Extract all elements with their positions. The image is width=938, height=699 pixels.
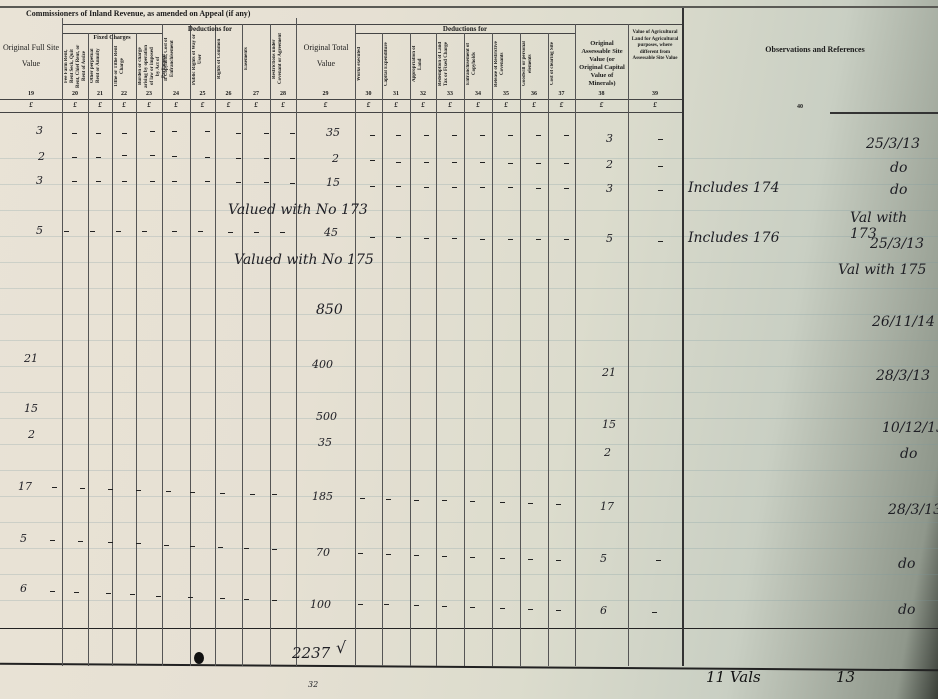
pound-sign: £ <box>215 101 242 109</box>
col-36-header: Goodwill or personal elements <box>522 40 546 88</box>
full-site-value: 21 <box>24 352 38 365</box>
col-num: 23 <box>136 91 162 97</box>
col-num: 20 <box>62 91 88 97</box>
full-site-value: 5 <box>36 224 43 237</box>
total-value: 850 <box>316 302 343 318</box>
col-40-header: Observations and References <box>760 42 870 57</box>
col-num: 40 <box>700 104 900 110</box>
pound-sign: £ <box>355 101 382 109</box>
assessable-site-value: 5 <box>600 552 607 565</box>
reference: do <box>900 446 917 462</box>
col-37-header: Cost of clearing Site <box>550 40 573 88</box>
col-24-header: If Copyhold, Cost of Enfranchisement <box>164 30 188 88</box>
pound-sign: £ <box>492 101 520 109</box>
col-num: 35 <box>492 91 520 97</box>
reference: do <box>898 602 915 618</box>
assessable-site-value: 5 <box>606 232 613 245</box>
reference: Val with 175 <box>838 262 926 278</box>
col-38-header: Original Assessable Site Value (or Origi… <box>578 40 626 88</box>
pound-sign: £ <box>88 101 112 109</box>
valued-with-note: Valued with No 175 <box>234 252 374 268</box>
col-35-header: Release of Restrictive Covenants <box>494 40 518 88</box>
total-value: 185 <box>312 490 333 503</box>
col-num: 22 <box>112 91 136 97</box>
col-32-header: Appropriation of Land <box>412 40 434 88</box>
assessable-site-value: 2 <box>604 446 611 459</box>
ledger-page: Commissioners of Inland Revenue, as amen… <box>0 0 938 699</box>
col-num: 34 <box>464 91 492 97</box>
assessable-site-value: 3 <box>606 132 613 145</box>
col-num: 36 <box>520 91 548 97</box>
col-num: 25 <box>190 91 215 97</box>
header-rule <box>62 24 682 25</box>
col-num: 31 <box>382 91 410 97</box>
col-num: 24 <box>162 91 190 97</box>
col-num: 19 <box>0 91 62 97</box>
pound-sign: £ <box>628 101 682 109</box>
col-30-header: Works executed <box>357 40 380 88</box>
total-value: 15 <box>326 176 340 189</box>
col-num: 33 <box>436 91 464 97</box>
full-site-value: 5 <box>20 532 27 545</box>
total-value: 35 <box>318 436 332 449</box>
full-site-value: 6 <box>20 582 27 595</box>
pound-sign: £ <box>410 101 436 109</box>
total-value-sum: 2237 <box>292 644 330 662</box>
pound-sign: £ <box>190 101 215 109</box>
col-28-header: Restrictions under Covenant or Agreement <box>272 30 294 88</box>
full-site-value: 3 <box>36 174 43 187</box>
reference: do <box>898 556 915 572</box>
col-21-header: Other perpetual Rent or Annuity <box>90 44 110 88</box>
assessable-site-value: 21 <box>602 366 616 379</box>
col-num: 39 <box>628 91 682 97</box>
assessable-site-value: 15 <box>602 418 616 431</box>
page-note: 32 <box>308 680 318 689</box>
ink-blot <box>194 652 204 664</box>
pound-sign: £ <box>575 101 628 109</box>
col-19-header: Original Full Site Value <box>2 40 60 72</box>
full-site-value: 17 <box>18 480 32 493</box>
col-23-header: Burden or charge arising by operation of… <box>138 44 160 88</box>
col-num: 27 <box>242 91 270 97</box>
assessable-site-value: 3 <box>606 182 613 195</box>
assessable-site-value: 2 <box>606 158 613 171</box>
col-num: 29 <box>296 91 355 97</box>
col-39-header: Value of Agricultural Land for Agricultu… <box>630 30 680 63</box>
total-value: 45 <box>324 226 338 239</box>
col-31-header: Capital Expenditure <box>384 40 408 88</box>
col-34-header: Enfranchisement of Copyholds <box>466 40 490 88</box>
col-25-header: Public Rights of Way or User <box>192 30 213 88</box>
reference: do <box>890 160 907 176</box>
pound-sign: £ <box>136 101 162 109</box>
full-site-value: 3 <box>36 124 43 137</box>
assessable-site-value: 6 <box>600 604 607 617</box>
col-num: 21 <box>88 91 112 97</box>
reference: 10/12/13 <box>882 420 938 436</box>
total-value: 100 <box>310 598 331 611</box>
col-num: 38 <box>575 91 628 97</box>
col-20-header: Fee Farm Rent, Rent Seck, Quit Rent, Chi… <box>64 44 86 88</box>
pound-sign: £ <box>520 101 548 109</box>
total-value: 2 <box>332 152 339 165</box>
assessable-site-value: 17 <box>600 500 614 513</box>
reference: 26/11/14 <box>872 314 935 330</box>
fixed-charges-header: Fixed Charges <box>62 34 162 43</box>
col-num: 30 <box>355 91 382 97</box>
pound-sign: £ <box>242 101 270 109</box>
page-title: Commissioners of Inland Revenue, as amen… <box>26 9 250 18</box>
col-num: 32 <box>410 91 436 97</box>
col-27-header: Easements <box>244 30 268 88</box>
pound-sign: £ <box>112 101 136 109</box>
pound-sign: £ <box>464 101 492 109</box>
reference: 25/3/13 <box>870 236 924 252</box>
reference: 25/3/13 <box>866 136 920 152</box>
full-site-value: 2 <box>38 150 45 163</box>
total-value: 500 <box>316 410 337 423</box>
total-value: 35 <box>326 126 340 139</box>
col-26-header: Rights of Common <box>217 30 240 88</box>
total-value: 400 <box>312 358 333 371</box>
col-num: 26 <box>215 91 242 97</box>
pound-sign: £ <box>436 101 464 109</box>
reference: 28/3/13 <box>876 368 930 384</box>
observation: Includes 174 <box>688 180 780 196</box>
reference: 28/3/13 <box>888 502 938 518</box>
pound-sign: £ <box>382 101 410 109</box>
col-num: 37 <box>548 91 575 97</box>
full-site-value: 2 <box>28 428 35 441</box>
pound-sign: £ <box>62 101 88 109</box>
top-border <box>0 6 938 8</box>
col-29-header: Original Total Value <box>300 40 352 72</box>
col-num: 28 <box>270 91 296 97</box>
col-22-header: Tithe or Tithe Rent Charge <box>114 44 134 88</box>
pound-sign: £ <box>296 101 355 109</box>
col-33-header: Redemption of Land Tax or Fixed Charge <box>438 40 462 88</box>
pound-sign: £ <box>162 101 190 109</box>
full-site-value: 15 <box>24 402 38 415</box>
valuations-count: 11 Vals <box>706 668 761 686</box>
pound-sign: £ <box>0 101 62 109</box>
observation: Includes 176 <box>688 230 780 246</box>
deductions-header-right: Deductions for <box>420 25 510 34</box>
reference-total: 13 <box>836 668 855 686</box>
pound-sign: £ <box>270 101 296 109</box>
reference: do <box>890 182 907 198</box>
check-mark: √ <box>336 638 346 657</box>
total-value: 70 <box>316 546 330 559</box>
valued-with-note: Valued with No 173 <box>228 202 368 218</box>
pound-sign: £ <box>548 101 575 109</box>
